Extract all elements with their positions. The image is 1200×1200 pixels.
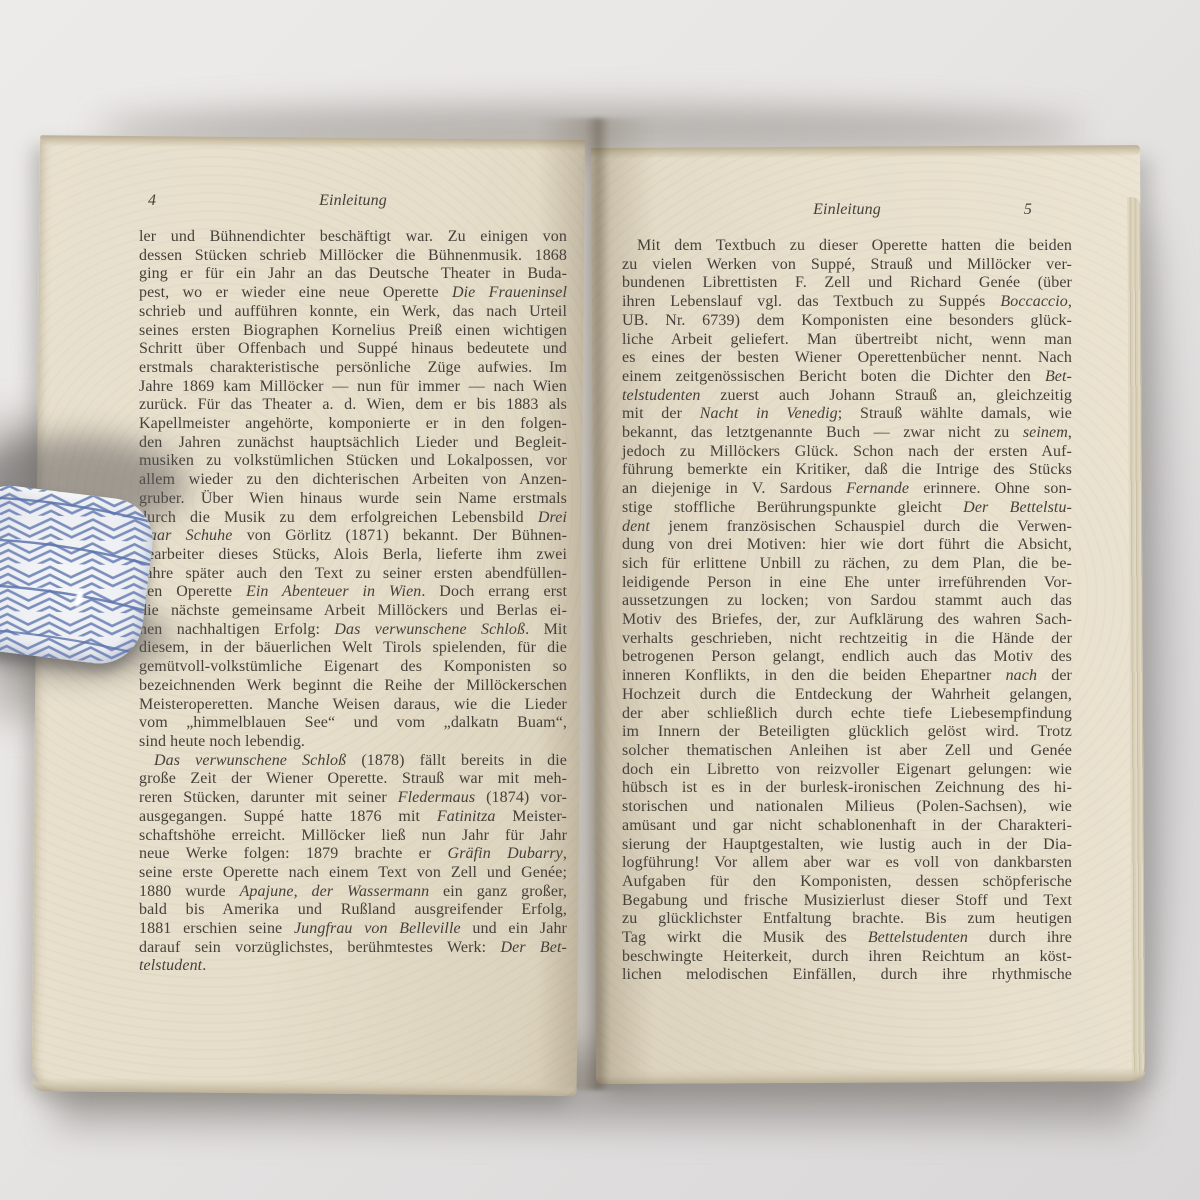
text-line: allem wieder zu den dichterischen Arbeit… <box>139 471 567 490</box>
text-line: gruber. Über Wien hinaus wurde sein Name… <box>139 490 567 509</box>
text-line: bekannt, das letztgenannte Buch — zwar n… <box>622 424 1072 443</box>
text-line: den Jahren zunächst hauptsächlich Lieder… <box>139 434 567 453</box>
text-line: schaftshöhe erreicht. Millöcker ließ nun… <box>139 827 567 846</box>
text-line: bezeichnenden Werk beginnt die Reihe der… <box>139 677 567 696</box>
text-line: sind heute noch lebendig. <box>139 733 567 752</box>
text-line: liche Arbeit geliefert. Man übertreibt n… <box>622 331 1072 350</box>
text-line: bearbeiter dieses Stücks, Alois Berla, l… <box>139 546 567 565</box>
text-line: zurück. Für das Theater a. d. Wien, dem … <box>139 396 567 415</box>
text-line: solcher thematischen Anleihen ist aber Z… <box>622 742 1072 761</box>
left-page-number: 4 <box>148 192 156 211</box>
text-line: darauf sein vorzüglichstes, berühmtestes… <box>139 939 567 958</box>
text-line: es eines der besten Wiener Operettenbüch… <box>622 349 1072 368</box>
text-line: Schritt über Offenbach und Suppé hinaus … <box>139 340 567 359</box>
text-line: Paar Schuhe von Görlitz (1871) bekannt. … <box>139 527 567 546</box>
text-line: Aufgaben für den Komponisten, dessen sch… <box>622 873 1072 892</box>
text-line: bundenen Librettisten F. Zell und Richar… <box>622 274 1072 293</box>
text-line: im Innern der Beteiligten glücklich gelö… <box>622 723 1072 742</box>
text-line: inneren Konflikts, in den die beiden Ehe… <box>622 667 1072 686</box>
text-line: führung bemerkte ein Kritiker, daß die I… <box>622 461 1072 480</box>
text-line: UB. Nr. 6739) dem Komponisten eine beson… <box>622 312 1072 331</box>
text-line: lichen melodischen Einfällen, durch ihre… <box>622 966 1072 985</box>
text-line: reren Stücken, darunter mit seiner Flede… <box>139 789 567 808</box>
book-photo: { "book": { "left_page": { "page_number"… <box>0 0 1200 1200</box>
text-line: 1881 erschien seine Jungfrau von Bellevi… <box>139 920 567 939</box>
text-line: bald bis Amerika und Rußland ausgreifend… <box>139 901 567 920</box>
text-line: schrieb und aufführen konnte, ein Werk, … <box>139 303 567 322</box>
left-page-body: ler und Bühnendichter beschäftigt war. Z… <box>139 228 567 976</box>
text-line: gemütvoll-volkstümliche Eigenart des Kom… <box>139 658 567 677</box>
text-line: Tag wirkt die Musik des Bettelstudenten … <box>622 929 1072 948</box>
text-line: dessen Stücken schrieb Millöcker die Büh… <box>139 247 567 266</box>
text-line: große Zeit der Wiener Operette. Strauß w… <box>139 770 567 789</box>
text-line: mit der Nacht in Venedig; Strauß wählte … <box>622 405 1072 424</box>
text-line: hübsch ist es in der burlesk-ironischen … <box>622 779 1072 798</box>
text-line: Jahre später auch den Text zu seiner ers… <box>139 565 567 584</box>
text-line: ler und Bühnendichter beschäftigt war. Z… <box>139 228 567 247</box>
text-line: Das verwunschene Schloß (1878) fällt ber… <box>139 752 567 771</box>
text-line: ausgegangen. Suppé hatte 1876 mit Fatini… <box>139 808 567 827</box>
text-line: sich für erlittene Unbill zu rächen, zu … <box>622 555 1072 574</box>
text-line: stige stoffliche Berührungspunkte gleich… <box>622 499 1072 518</box>
text-line: aussetzungen zu locken; von Sardou stamm… <box>622 592 1072 611</box>
text-line: nen nachhaltigen Erfolg: Das verwunschen… <box>139 621 567 640</box>
text-line: beschwingte Heiterkeit, durch ihren Reic… <box>622 948 1072 967</box>
text-line: Hochzeit durch die Entdeckung der Wahrhe… <box>622 686 1072 705</box>
text-line: der aber schließlich durch echte tiefe L… <box>622 705 1072 724</box>
right-page-text: 5 Einleitung Mit dem Textbuch zu dieser … <box>622 201 1072 985</box>
right-page-number: 5 <box>1024 201 1032 220</box>
text-line: leidigende Person in eine Ehe unter irre… <box>622 574 1072 593</box>
text-line: ging er für ein Jahr an das Deutsche The… <box>139 265 567 284</box>
porcelain-chopstick-rest <box>0 482 157 669</box>
text-line: 1880 wurde Apajune, der Wassermann ein g… <box>139 883 567 902</box>
text-line: Mit dem Textbuch zu dieser Operette hatt… <box>622 237 1072 256</box>
text-line: doch ein Libretto von reizvoller Eigenar… <box>622 761 1072 780</box>
text-line: verhalts geschrieben, nicht rechtzeitig … <box>622 630 1072 649</box>
text-line: musiken zu volkstümlichen Stücken und Lo… <box>139 452 567 471</box>
left-page-text: 4 Einleitung ler und Bühnendichter besch… <box>139 192 567 976</box>
text-line: erstmals charakteristische persönliche Z… <box>139 359 567 378</box>
text-line: storischen und nationalen Milieus (Polen… <box>622 798 1072 817</box>
text-line: jedoch zu Millöckers Glück. Schon nach d… <box>622 443 1072 462</box>
right-running-header: 5 Einleitung <box>622 201 1072 221</box>
text-line: logführung! Vor allem aber war es voll v… <box>622 854 1072 873</box>
text-line: dung von drei Motiven: hier wie dort füh… <box>622 536 1072 555</box>
text-line: pest, wo er wieder eine neue Operette Di… <box>139 284 567 303</box>
left-header-title: Einleitung <box>139 192 567 211</box>
herringbone-pattern <box>0 482 157 669</box>
text-line: neue Werke folgen: 1879 brachte er Gräfi… <box>139 845 567 864</box>
text-line: vom „himmelblauen See“ und vom „dalkatn … <box>139 714 567 733</box>
text-line: zu glücklichster Entfaltung brachte. Bis… <box>622 910 1072 929</box>
text-line: zu vielen Werken von Suppé, Strauß und M… <box>622 256 1072 275</box>
text-line: telstudenten zuerst auch Johann Strauß a… <box>622 387 1072 406</box>
right-page-body: Mit dem Textbuch zu dieser Operette hatt… <box>622 237 1072 985</box>
text-line: amüsant und gar nicht schablonenhaft in … <box>622 817 1072 836</box>
right-header-title: Einleitung <box>622 201 1072 220</box>
text-line: telstudent. <box>139 957 567 976</box>
text-line: Motiv des Briefes, der, zur Aufklärung d… <box>622 611 1072 630</box>
text-line: Kapellmeister angehörte, komponierte er … <box>139 415 567 434</box>
text-line: den Operette Ein Abenteuer in Wien. Doch… <box>139 583 567 602</box>
text-line: einem zeitgenössischen Bericht boten die… <box>622 368 1072 387</box>
text-line: seines ersten Biographen Kornelius Preiß… <box>139 322 567 341</box>
text-line: Begabung und frische Musizierlust dieser… <box>622 892 1072 911</box>
text-line: diesem, in der bäuerlichen Welt Tirols s… <box>139 639 567 658</box>
text-line: betrogenen Person gelangt, endlich auch … <box>622 648 1072 667</box>
text-line: durch die Musik zu dem erfolgreichen Leb… <box>139 509 567 528</box>
text-line: sierung der Hauptgestalten, wie lustig a… <box>622 836 1072 855</box>
left-running-header: 4 Einleitung <box>139 192 567 212</box>
text-line: seine erste Operette nach einem Text von… <box>139 864 567 883</box>
text-line: an diejenige in V. Sardous Fernande erin… <box>622 480 1072 499</box>
text-line: dent jenem französischen Schauspiel durc… <box>622 518 1072 537</box>
text-line: ihren Lebenslauf vgl. das Textbuch zu Su… <box>622 293 1072 312</box>
text-line: Meisteroperetten. Manche Weisen daraus, … <box>139 696 567 715</box>
text-line: Jahre 1869 kam Millöcker — nun für immer… <box>139 378 567 397</box>
text-line: die nächste gemeinsame Arbeit Millöckers… <box>139 602 567 621</box>
